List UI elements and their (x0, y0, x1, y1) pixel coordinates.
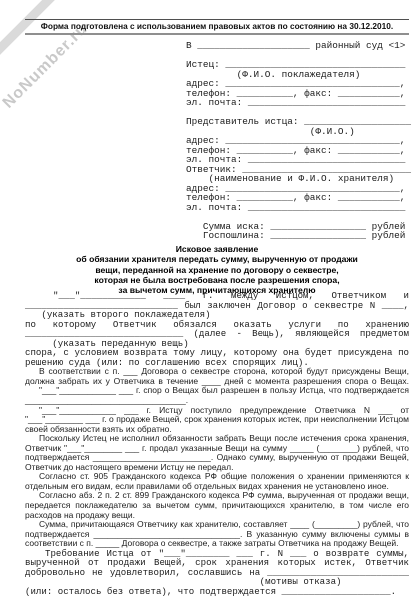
text-line: эл. почта: ____________________________ (186, 98, 416, 108)
text-line: которая не была востребована после разре… (25, 275, 409, 285)
document-body: "___"____________ ____ г. между Истцом, … (25, 291, 409, 597)
court-header-block: В ____________________ районный суд <1> … (186, 41, 416, 241)
text-line: Госпошлина: _________________ рублей (186, 231, 416, 241)
text-line: эл. почта: ____________________________ (186, 203, 416, 213)
form-preparation-note: Форма подготовлена с использованием прав… (25, 19, 409, 35)
text-line: В ____________________ районный суд <1> (186, 41, 416, 51)
form-preparation-note-text: Форма подготовлена с использованием прав… (41, 21, 393, 31)
text-line: об обязании хранителя передать сумму, вы… (25, 254, 409, 264)
text-line: вещи, переданной на хранение по договору… (25, 265, 409, 275)
document-page: NoNumber.ru Форма подготовлена с использ… (0, 0, 420, 600)
text-line: Исковое заявление (25, 244, 409, 254)
document-title: Исковое заявлениеоб обязании хранителя п… (25, 244, 409, 295)
text-line: (или: осталось без ответа), что подтверж… (25, 587, 409, 597)
